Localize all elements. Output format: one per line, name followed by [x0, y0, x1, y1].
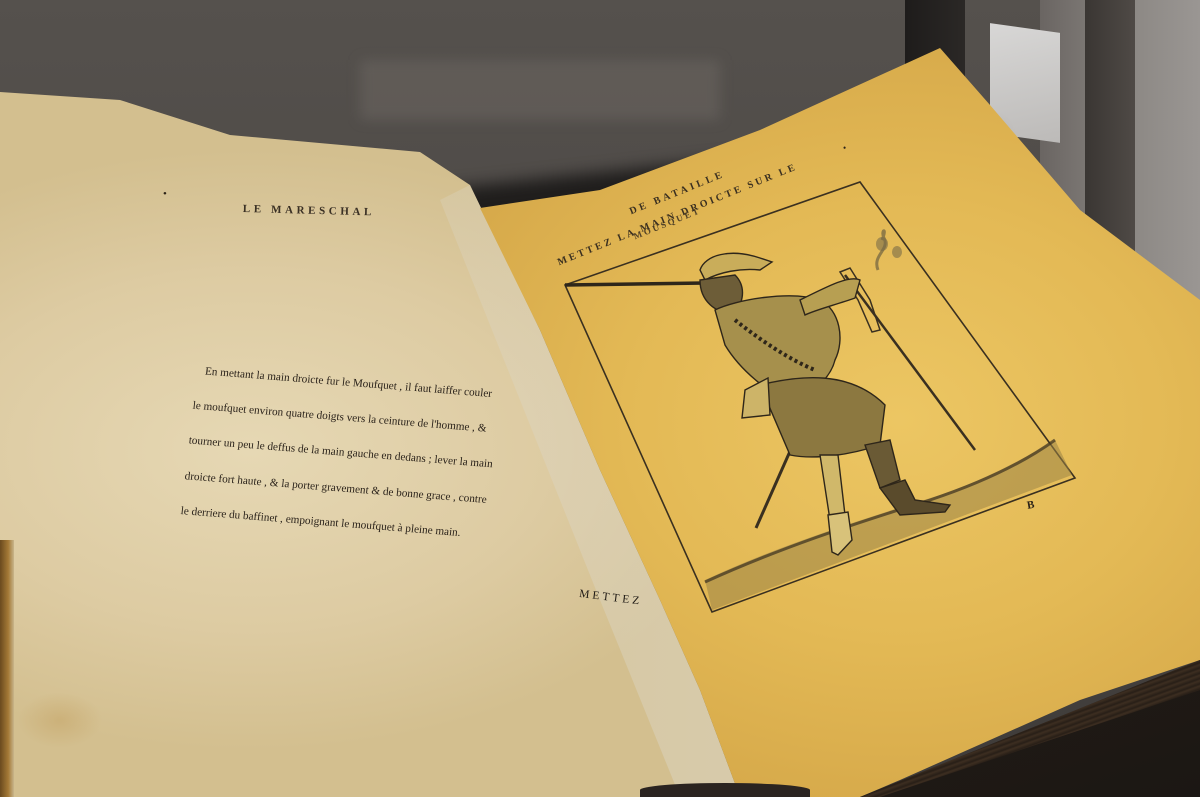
musket-barrel	[565, 283, 705, 285]
musketeer-figure	[700, 253, 950, 555]
musketeer-engraving	[0, 0, 1200, 797]
photo-scene: • LE MARESCHAL En mettant la main droict…	[0, 0, 1200, 797]
